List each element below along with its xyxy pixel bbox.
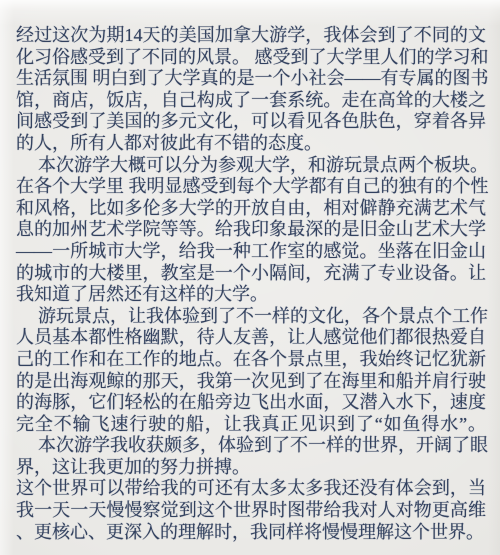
essay-photo-page: 经过这次为期14天的美国加拿大游学，我体会到了不同的文 化习俗感受到了不同的风景…	[0, 0, 500, 555]
text-line: 在各个大学里 我明显感受到每个大学都有自己的独有的个性	[16, 176, 486, 198]
essay-text-block: 经过这次为期14天的美国加拿大游学，我体会到了不同的文 化习俗感受到了不同的风景…	[16, 25, 486, 543]
text-line: 的海豚，它们轻松的在船旁边飞出水面，又潜入水下，速度	[16, 392, 486, 414]
text-line: 的城市的大楼里，教室是一个小隔间，充满了专业设备。让	[16, 263, 486, 285]
text-line: 和风格，比如多伦多大学的开放自由，相对僻静充满艺术气	[16, 198, 486, 220]
text-line: 的是出海观鲸的那天，我第一次见到了在海里和船并肩行驶	[16, 371, 486, 393]
text-line: 馆，商店，饭店，自己构成了一套系统。走在高耸的大楼之	[16, 90, 486, 112]
text-line: 、更核心、更深入的理解时，我同样将慢慢理解这个世界。	[16, 522, 486, 544]
text-line: 这个世界可以带给我的可还有太多太多我还没有体会到，当	[16, 478, 486, 500]
text-line: 息的加州艺术学院等等。给我印象最深的是旧金山艺术大学	[16, 219, 486, 241]
text-line: 化习俗感受到了不同的风景。 感受到了大学里人们的学习和	[16, 47, 486, 69]
text-line: 游玩景点，让我体验到了不一样的文化，各个景点个工作	[16, 306, 486, 328]
text-line: 己的工作和在工作的地点。在各个景点里，我始终记忆犹新	[16, 349, 486, 371]
text-line: ——一所城市大学，给我一种工作室的感觉。坐落在旧金山	[16, 241, 486, 263]
text-line: 人员基本都性格幽默，待人友善，让人感觉他们都很热爱自	[16, 327, 486, 349]
text-line: 我一天一天慢慢察觉到这个世界时图带给我对人对物更高维	[16, 500, 486, 522]
text-line: 经过这次为期14天的美国加拿大游学，我体会到了不同的文	[16, 25, 486, 47]
text-line: 生活氛围 明白到了大学真的是一个小社会——有专属的图书	[16, 68, 486, 90]
text-line: 的人，所有人都对彼此有不错的态度。	[16, 133, 486, 155]
text-line: 完全不输飞速行驶的船，让我真正见识到了“如鱼得水”。	[16, 414, 486, 436]
text-line: 界，这让我更加的努力拼搏。	[16, 457, 486, 479]
text-line: 间感受到了美国的多元文化，可以看见各色肤色，穿着各异	[16, 111, 486, 133]
text-line: 本次游学大概可以分为参观大学，和游玩景点两个板块。	[16, 155, 486, 177]
text-line: 本次游学我收获颇多，体验到了不一样的世界，开阔了眼	[16, 435, 486, 457]
text-line: 我知道了居然还有这样的大学。	[16, 284, 486, 306]
